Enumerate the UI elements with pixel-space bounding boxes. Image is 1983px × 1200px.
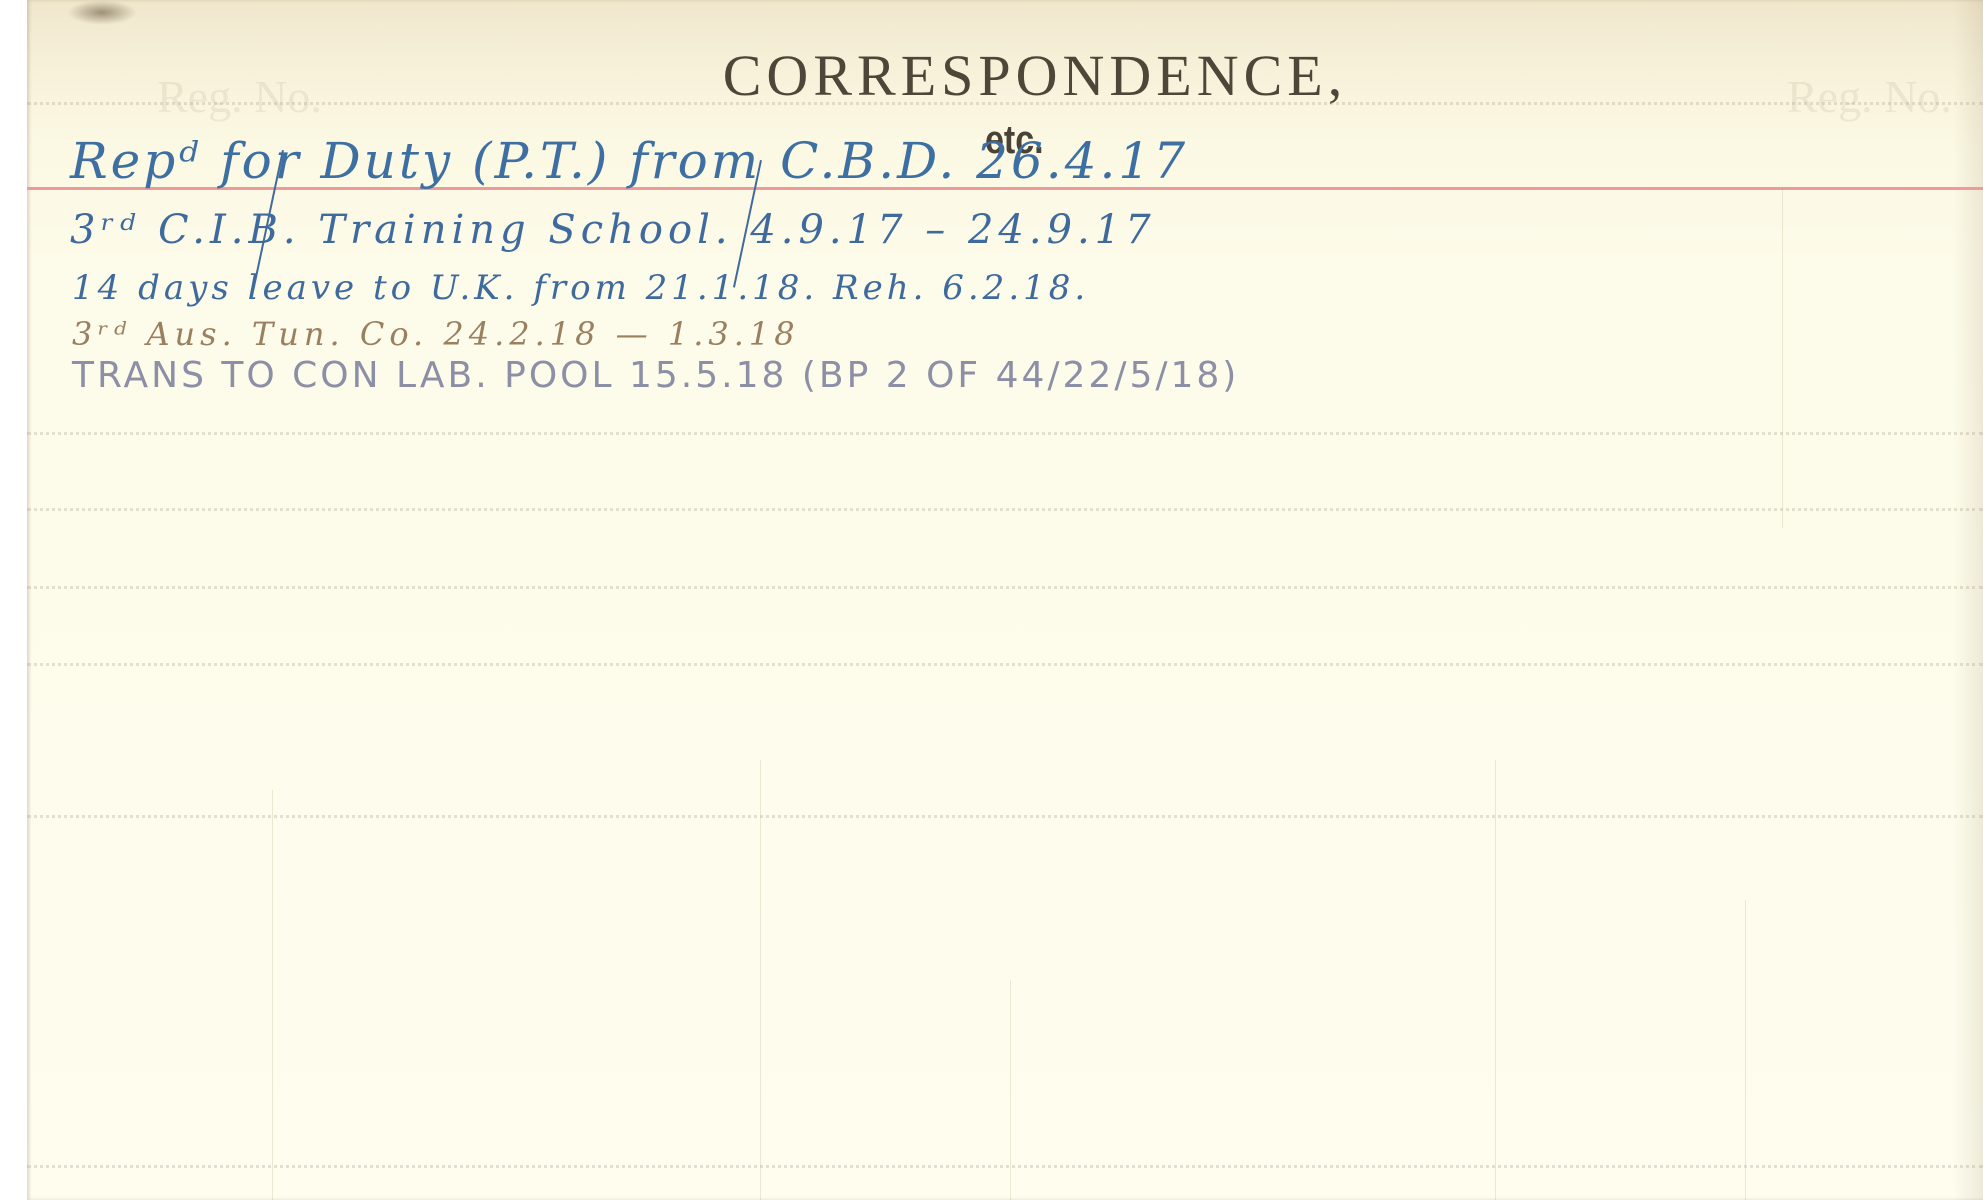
entry-transfer-labour-pool: TRANS TO CON LAB. POOL 15.5.18 (BP 2 OF … (72, 355, 1239, 396)
dotted-rule (27, 508, 1983, 511)
corner-stain (67, 0, 137, 25)
column-rule (272, 790, 273, 1200)
entry-tunnelling-company: 3ʳᵈ Aus. Tun. Co. 24.2.18 — 1.3.18 (72, 315, 800, 353)
column-rule (1745, 900, 1746, 1200)
dotted-rule (27, 102, 1983, 105)
entry-leave-uk: 14 days leave to U.K. from 21.1.18. Reh.… (72, 268, 1089, 308)
dotted-rule (27, 1165, 1983, 1168)
entry-reported-for-duty: Repᵈ for Duty (P.T.) from C.B.D. 26.4.17 (70, 132, 1188, 190)
column-rule (1782, 188, 1783, 528)
column-rule (1495, 760, 1496, 1200)
dotted-rule (27, 815, 1983, 818)
dotted-rule (27, 586, 1983, 589)
column-rule (1010, 980, 1011, 1200)
dotted-rule (27, 432, 1983, 435)
column-rule (760, 760, 761, 1200)
dotted-rule (27, 663, 1983, 666)
card-edge-shadow (1953, 0, 1983, 1200)
entry-training-school: 3ʳᵈ C.I.B. Training School. 4.9.17 – 24.… (70, 207, 1156, 253)
card-title: CORRESPONDENCE, (27, 42, 1983, 109)
